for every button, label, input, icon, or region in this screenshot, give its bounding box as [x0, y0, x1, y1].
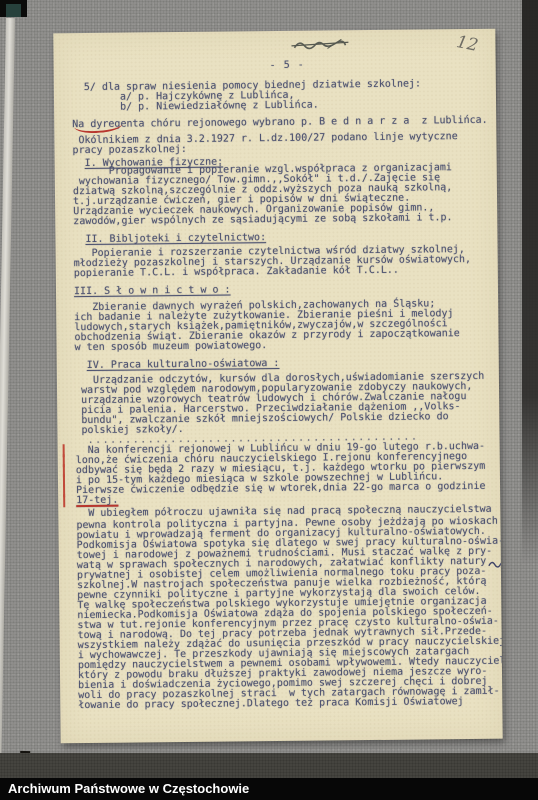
dark-band	[0, 753, 538, 778]
archive-footer-bar: Archiwum Państwowe w Częstochowie	[0, 778, 538, 800]
black-corner-mark	[0, 0, 27, 17]
text-line: popieranie T.C.L. i współpraca. Zakładan…	[74, 265, 503, 280]
section-heading: III. S ł o w n i c t w o :	[74, 283, 503, 298]
section-heading: II. Bibljoteki i czytelnictwo:	[73, 231, 502, 246]
text-line: b/ p. Niewiedziałównę z Lublińca.	[72, 99, 502, 114]
text-lines: 5/ dla spraw niesienia pomocy biednej dz…	[72, 79, 503, 711]
text-line: zawodów,gier wspólnych ze sąsiadującymi …	[73, 213, 502, 228]
scan-background: 12 - 5 - 5/ dla spraw niesienia pomocy b…	[0, 0, 538, 800]
film-edge-strip	[0, 18, 15, 760]
text-line: łowanie do pracy społecznej.Dlatego też …	[78, 697, 502, 712]
typed-text: - 5 - 5/ dla spraw niesienia pomocy bied…	[72, 59, 503, 711]
section-heading: IV. Praca kulturalno-oświatowa :	[75, 357, 503, 372]
text-line: Pierwsze ćwiczenie odbędzie się w wtorek…	[76, 482, 503, 497]
teal-corner-fragment	[6, 4, 21, 17]
text-line: Na dyregenta chóru rejonowego wybrano p.…	[72, 116, 502, 131]
text-line: w ten sposób muzeum powiatowego.	[75, 339, 503, 354]
crossed-out-scribble	[291, 36, 349, 53]
text-line: 17-tej.	[76, 496, 126, 507]
page-number: - 5 -	[72, 59, 502, 74]
paper-sheet: 12 - 5 - 5/ dla spraw niesienia pomocy b…	[53, 29, 502, 744]
pencil-page-number: 12	[455, 32, 480, 56]
text-line: pracy pozaszkolnej:	[72, 142, 502, 157]
right-edge-shadow	[522, 0, 538, 565]
